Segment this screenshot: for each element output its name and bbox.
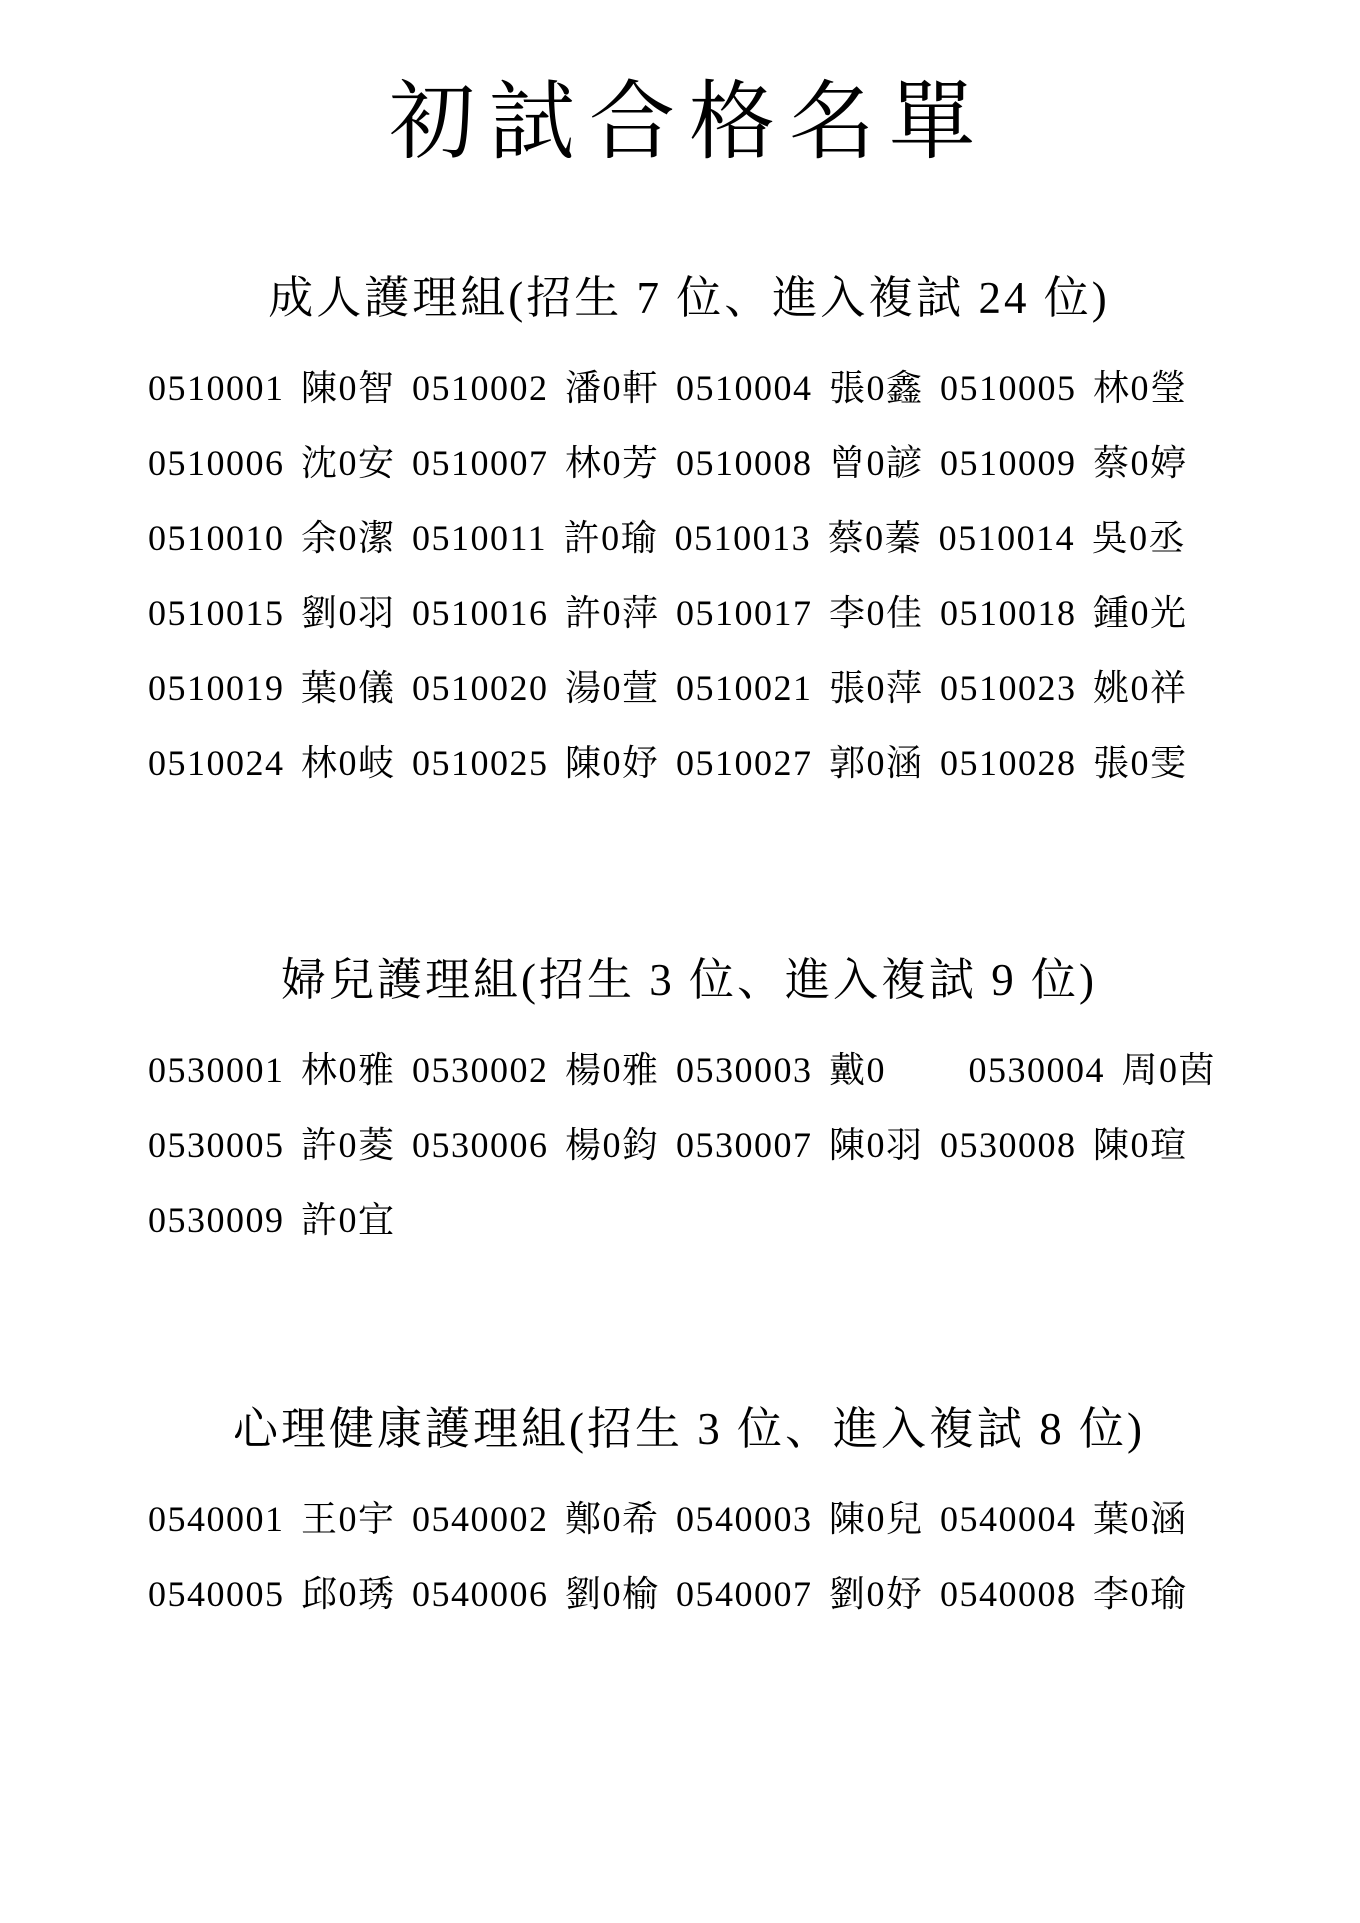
section-heading: 婦兒護理組(招生 3 位、進入複試 9 位)	[148, 949, 1230, 1011]
candidate-row: 0510001 陳0智 0510002 潘0軒 0510004 張0鑫 0510…	[148, 351, 1230, 426]
candidate-row: 0530009 許0宜	[148, 1183, 1230, 1258]
candidate-row: 0510006 沈0安 0510007 林0芳 0510008 曾0諺 0510…	[148, 426, 1230, 501]
candidate-row: 0540001 王0宇 0540002 鄭0希 0540003 陳0兒 0540…	[148, 1482, 1230, 1557]
candidate-row: 0530001 林0雅 0530002 楊0雅 0530003 戴0 05300…	[148, 1033, 1230, 1108]
section-maternal-child-nursing: 婦兒護理組(招生 3 位、進入複試 9 位) 0530001 林0雅 05300…	[148, 949, 1230, 1258]
candidate-row: 0510010 余0潔 0510011 許0瑜 0510013 蔡0蓁 0510…	[148, 501, 1230, 576]
section-mental-health-nursing: 心理健康護理組(招生 3 位、進入複試 8 位) 0540001 王0宇 054…	[148, 1398, 1230, 1632]
candidate-row: 0510019 葉0儀 0510020 湯0萱 0510021 張0萍 0510…	[148, 651, 1230, 726]
candidate-row: 0510015 劉0羽 0510016 許0萍 0510017 李0佳 0510…	[148, 576, 1230, 651]
candidate-row: 0510024 林0岐 0510025 陳0妤 0510027 郭0涵 0510…	[148, 726, 1230, 801]
candidate-row: 0530005 許0菱 0530006 楊0鈞 0530007 陳0羽 0530…	[148, 1108, 1230, 1183]
section-heading: 成人護理組(招生 7 位、進入複試 24 位)	[148, 267, 1230, 329]
document-page: 初試合格名單 成人護理組(招生 7 位、進入複試 24 位) 0510001 陳…	[0, 0, 1360, 1923]
section-heading: 心理健康護理組(招生 3 位、進入複試 8 位)	[148, 1398, 1230, 1460]
section-adult-nursing: 成人護理組(招生 7 位、進入複試 24 位) 0510001 陳0智 0510…	[148, 267, 1230, 801]
candidate-row: 0540005 邱0琇 0540006 劉0榆 0540007 劉0妤 0540…	[148, 1557, 1230, 1632]
page-title: 初試合格名單	[148, 70, 1230, 175]
